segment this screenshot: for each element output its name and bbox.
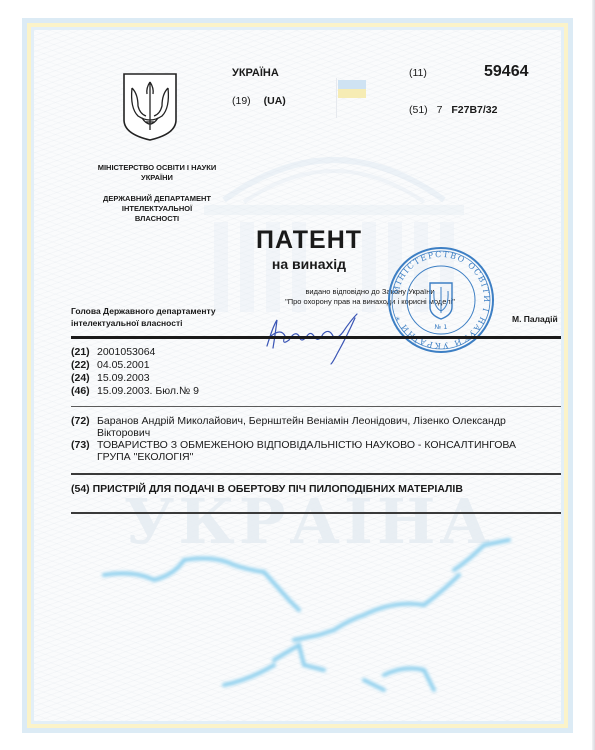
inid-code: (46) <box>71 385 97 398</box>
owner-row: (73) ТОВАРИСТВО З ОБМЕЖЕНОЮ ВІДПОВІДАЛЬН… <box>71 439 551 463</box>
department-name: ДЕРЖАВНИЙ ДЕПАРТАМЕНТ ІНТЕЛЕКТУАЛЬНОЇ ВЛ… <box>82 194 232 224</box>
inid-code-73: (73) <box>71 439 97 463</box>
bibliographic-row: (21)2001053064 <box>71 346 155 359</box>
bibliographic-value: 15.09.2003 <box>97 372 150 384</box>
ministry-line-2: УКРАЇНИ <box>82 173 232 183</box>
country-code-value: (UA) <box>264 95 286 107</box>
inid-code: (24) <box>71 372 97 385</box>
invention-title-text: ПРИСТРІЙ ДЛЯ ПОДАЧІ В ОБЕРТОВУ ПІЧ ПИЛОП… <box>93 483 463 495</box>
signer-name: М. Паладій <box>512 314 558 324</box>
patent-number: 59464 <box>484 63 529 81</box>
country-name: УКРАЇНА <box>232 67 279 79</box>
bibliographic-value: 04.05.2001 <box>97 359 150 371</box>
inid-code-19: (19) <box>232 95 251 107</box>
patent-owner: ТОВАРИСТВО З ОБМЕЖЕНОЮ ВІДПОВІДАЛЬНІСТЮ … <box>97 439 551 463</box>
ministry-name: МІНІСТЕРСТВО ОСВІТИ І НАУКИ УКРАЇНИ <box>82 163 232 183</box>
department-line-2: ІНТЕЛЕКТУАЛЬНОЇ <box>82 204 232 214</box>
parties-block: (72) Баранов Андрій Миколайович, Бернште… <box>71 415 551 463</box>
document-title: ПАТЕНТ <box>234 226 384 255</box>
invention-title: (54) ПРИСТРІЙ ДЛЯ ПОДАЧІ В ОБЕРТОВУ ПІЧ … <box>71 483 463 495</box>
trident-emblem-icon <box>122 72 178 142</box>
country-code-field: (19) (UA) <box>232 95 286 107</box>
bibliographic-row: (22)04.05.2001 <box>71 359 150 372</box>
ukraine-flag-icon <box>338 80 366 98</box>
department-line-3: ВЛАСНОСТІ <box>82 214 232 224</box>
flag-pole <box>336 78 337 118</box>
certificate-paper: УКРАЇНА <box>34 30 561 721</box>
bibliographic-row: (46)15.09.2003. Бюл.№ 9 <box>71 385 199 398</box>
ipc-classification: (51) 7 F27B7/32 <box>409 104 498 116</box>
signatory-title-line-1: Голова Державного департаменту <box>71 305 216 317</box>
inid-code: (21) <box>71 346 97 359</box>
divider-thick <box>71 336 561 339</box>
signatory-title-line-2: інтелектуальної власності <box>71 317 216 329</box>
inid-code: (22) <box>71 359 97 372</box>
inventors: Баранов Андрій Миколайович, Бернштейн Ве… <box>97 415 551 439</box>
bibliographic-row: (24)15.09.2003 <box>71 372 150 385</box>
bibliographic-value: 15.09.2003. Бюл.№ 9 <box>97 385 199 397</box>
inid-code-11: (11) <box>409 67 427 79</box>
divider <box>71 473 561 475</box>
bibliographic-value: 2001053064 <box>97 346 155 358</box>
divider <box>71 512 561 514</box>
divider <box>71 406 561 407</box>
inid-code-72: (72) <box>71 415 97 439</box>
document-subtitle: на винахід <box>234 256 384 272</box>
department-line-1: ДЕРЖАВНИЙ ДЕПАРТАМЕНТ <box>82 194 232 204</box>
inventors-row: (72) Баранов Андрій Миколайович, Бернште… <box>71 415 551 439</box>
inid-code-51: (51) <box>409 104 428 116</box>
ipc-edition: 7 <box>437 104 443 116</box>
ukraine-map-watermark <box>64 530 544 720</box>
signatory-title: Голова Державного департаменту інтелекту… <box>71 305 216 329</box>
ministry-line-1: МІНІСТЕРСТВО ОСВІТИ І НАУКИ <box>82 163 232 173</box>
inid-code-54: (54) <box>71 483 90 495</box>
stamp-number: № 1 <box>434 323 448 331</box>
ipc-class: F27B7/32 <box>451 104 497 116</box>
